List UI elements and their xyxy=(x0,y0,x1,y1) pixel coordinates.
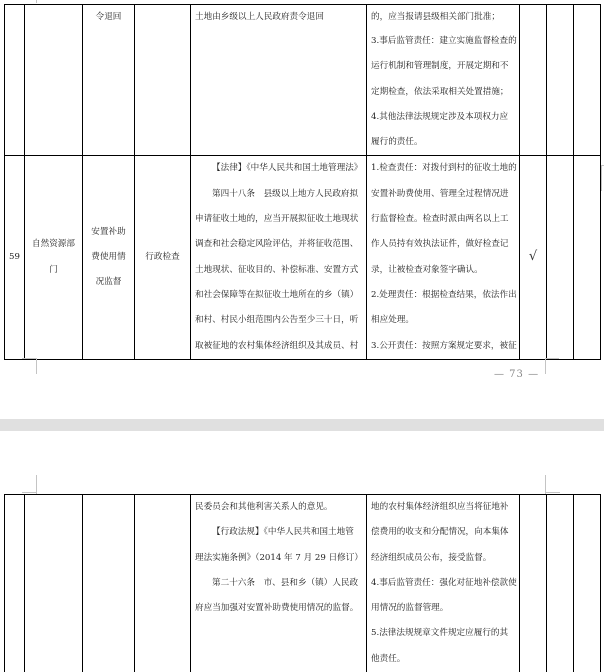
crop-mark xyxy=(545,475,546,493)
resp-line: 录，让被检查对象签字确认。 xyxy=(371,258,517,283)
basis-line: 土地由乡级以上人民政府责令退回 xyxy=(195,5,362,29)
resp-line: 的，应当报请县级相关部门批准； xyxy=(371,5,517,29)
document-page-74: 民委员会和其他利害关系人的意见。 【行政法规】《中华人民共和国土地管 理法实施条… xyxy=(0,431,604,672)
basis-line: 第二十六条 市、县和乡（镇）人民政 xyxy=(195,571,362,596)
crop-mark xyxy=(36,475,37,493)
type-cell xyxy=(135,5,191,156)
mark-cell-1 xyxy=(520,495,547,672)
power-list-table: 令退回 土地由乡级以上人民政府责令退回 的，应当报请县级相关部门批准； 3.事后… xyxy=(4,4,601,360)
crop-mark xyxy=(601,165,602,191)
mark-cell-2 xyxy=(547,5,574,156)
power-list-table-continued: 民委员会和其他利害关系人的意见。 【行政法规】《中华人民共和国土地管 理法实施条… xyxy=(4,494,601,672)
mark-cell-3 xyxy=(574,156,601,359)
legal-basis-cell: 【法律】《中华人民共和国土地管理法》 第四十八条 县级以上地方人民政府拟 申请征… xyxy=(191,156,367,359)
crop-mark xyxy=(36,0,37,3)
resp-line: 3.公开责任：按照方案规定要求，被征 xyxy=(371,334,517,359)
checkmark-icon: √ xyxy=(529,249,537,264)
basis-line: 和社会保障等在拟征收土地所在的乡（镇） xyxy=(195,283,362,308)
mark-cell-1 xyxy=(520,5,547,156)
resp-line: 作人员持有效执法证件，做好检查记 xyxy=(371,232,517,257)
item-name-cell xyxy=(83,495,135,672)
basis-line: 取被征地的农村集体经济组织及其成员、村 xyxy=(195,334,362,359)
department-cell xyxy=(25,495,83,672)
basis-line: 民委员会和其他利害关系人的意见。 xyxy=(195,495,362,520)
row-number-cell xyxy=(5,495,25,672)
type-cell xyxy=(135,495,191,672)
crop-mark xyxy=(22,358,36,359)
responsibility-cell: 地的农村集体经济组织应当将征地补 偿费用的收支和分配情况，向本集体 经济组织成员… xyxy=(367,495,520,672)
item-name-cell: 令退回 xyxy=(83,5,135,156)
responsibility-cell: 的，应当报请县级相关部门批准； 3.事后监管责任：建立实施监督检查的 运行机制和… xyxy=(367,5,520,156)
basis-line: 申请征收土地的，应当开展拟征收土地现状 xyxy=(195,207,362,232)
resp-line: 定期检查，依法采取相关处置措施； xyxy=(371,80,517,105)
department-cell: 自然资源部 门 xyxy=(25,156,83,359)
mark-cell-3 xyxy=(574,5,601,156)
table-row-59-continued: 民委员会和其他利害关系人的意见。 【行政法规】《中华人民共和国土地管 理法实施条… xyxy=(5,495,601,672)
basis-line: 第四十八条 县级以上地方人民政府拟 xyxy=(195,182,362,207)
resp-line: 用情况的监督管理。 xyxy=(371,596,517,621)
row-number-cell: 59 xyxy=(5,156,25,359)
resp-line: 地的农村集体经济组织应当将征地补 xyxy=(371,495,517,520)
resp-line: 他责任。 xyxy=(371,647,517,672)
crop-mark xyxy=(545,358,559,359)
crop-mark xyxy=(545,492,560,493)
crop-mark xyxy=(36,358,37,374)
department-cell xyxy=(25,5,83,156)
mark-cell-2 xyxy=(547,495,574,672)
legal-basis-cell: 土地由乡级以上人民政府责令退回 xyxy=(191,5,367,156)
legal-basis-cell: 民委员会和其他利害关系人的意见。 【行政法规】《中华人民共和国土地管 理法实施条… xyxy=(191,495,367,672)
mark-cell-1: √ xyxy=(520,156,547,359)
resp-line: 2.处理责任：根据检查结果，依法作出 xyxy=(371,283,517,308)
resp-line: 运行机制和管理制度，开展定期和不 xyxy=(371,54,517,79)
resp-line: 行监督检查。检查时派由两名以上工 xyxy=(371,207,517,232)
row-number: 59 xyxy=(9,252,20,262)
resp-line: 安置补助费使用、管理全过程情况进 xyxy=(371,182,517,207)
basis-line: 调查和社会稳定风险评估，并将征收范围、 xyxy=(195,232,362,257)
table-row-59: 59 自然资源部 门 安置补助 费使用情 况监督 行政检查 【法律】《中华人民共… xyxy=(5,156,601,359)
document-page-73: 令退回 土地由乡级以上人民政府责令退回 的，应当报请县级相关部门批准； 3.事后… xyxy=(0,0,604,419)
basis-line: 土地现状、征收目的、补偿标准、安置方式 xyxy=(195,258,362,283)
mark-cell-2 xyxy=(547,156,574,359)
resp-line: 经济组织成员公布，接受监督。 xyxy=(371,546,517,571)
page-separator xyxy=(0,419,604,431)
type-cell: 行政检查 xyxy=(135,156,191,359)
resp-line: 偿费用的收支和分配情况，向本集体 xyxy=(371,520,517,545)
basis-line: 【行政法规】《中华人民共和国土地管 xyxy=(195,520,362,545)
resp-line: 3.事后监管责任：建立实施监督检查的 xyxy=(371,29,517,54)
row-number-cell xyxy=(5,5,25,156)
page-number: — 73 — xyxy=(494,369,539,380)
resp-line: 相应处理。 xyxy=(371,308,517,333)
resp-line: 4.其他法律法规规定涉及本项权力应 xyxy=(371,105,517,130)
basis-line: 理法实施条例》（2014 年 7 月 29 日修订） xyxy=(195,546,362,571)
item-name-cell: 安置补助 费使用情 况监督 xyxy=(83,156,135,359)
resp-line: 1.检查责任：对拨付到村的征收土地的 xyxy=(371,156,517,181)
table-row-continuation: 令退回 土地由乡级以上人民政府责令退回 的，应当报请县级相关部门批准； 3.事后… xyxy=(5,5,601,156)
resp-line: 5.法律法规规章文件规定应履行的其 xyxy=(371,621,517,646)
basis-line: 【法律】《中华人民共和国土地管理法》 xyxy=(195,156,362,181)
mark-cell-3 xyxy=(574,495,601,672)
basis-line: 府应当加强对安置补助费使用情况的监督。 xyxy=(195,596,362,621)
crop-mark xyxy=(22,492,37,493)
responsibility-cell: 1.检查责任：对拨付到村的征收土地的 安置补助费使用、管理全过程情况进 行监督检… xyxy=(367,156,520,359)
resp-line: 4.事后监管责任：强化对征地补偿款使 xyxy=(371,571,517,596)
resp-line: 履行的责任。 xyxy=(371,130,517,155)
crop-mark xyxy=(545,358,546,374)
basis-line: 和村、村民小组范围内公告至少三十日，听 xyxy=(195,308,362,333)
